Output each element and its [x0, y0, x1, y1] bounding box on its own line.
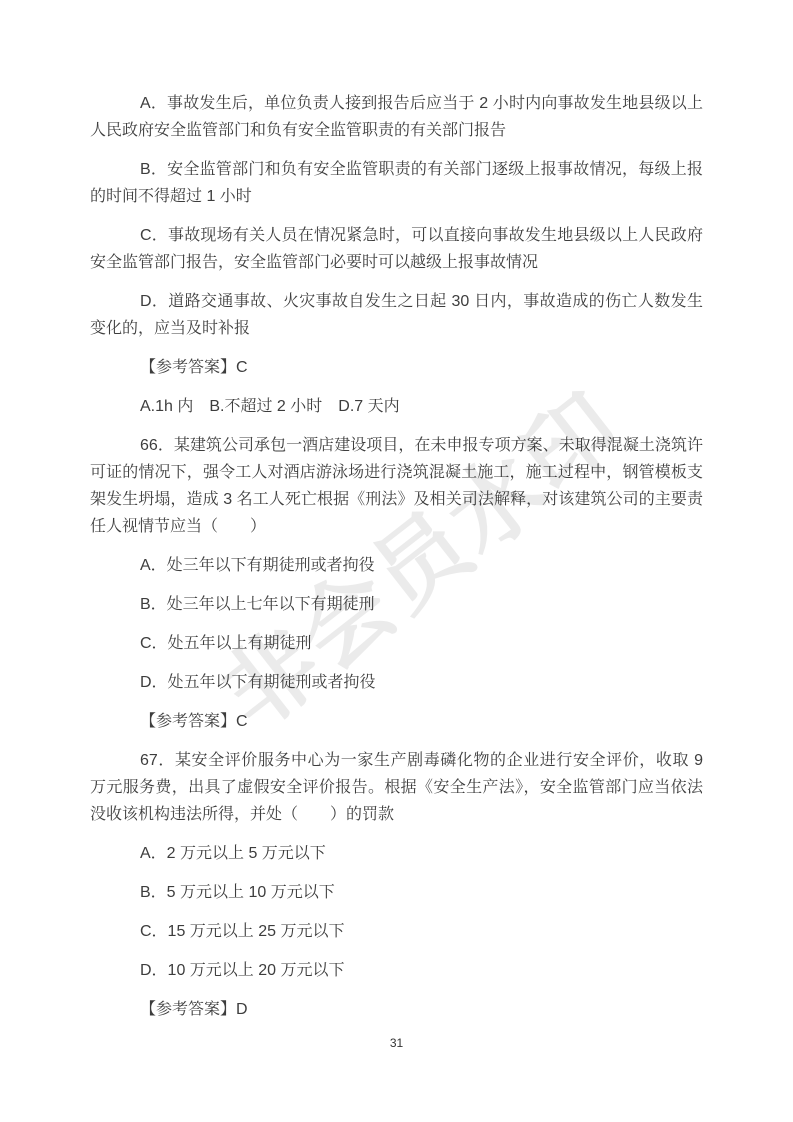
- q67-reference-answer: 【参考答案】D: [90, 996, 703, 1023]
- q67-option-a: A．2 万元以上 5 万元以下: [90, 840, 703, 867]
- q66-option-b: B．处三年以上七年以下有期徒刑: [90, 591, 703, 618]
- q66-option-c: C．处五年以上有期徒刑: [90, 630, 703, 657]
- q66-option-d: D．处五年以下有期徒刑或者拘役: [90, 669, 703, 696]
- q65-reference-answer: 【参考答案】C: [90, 354, 703, 381]
- q65-option-b: B．安全监管部门和负有安全监管职责的有关部门逐级上报事故情况，每级上报的时间不得…: [90, 156, 703, 210]
- page-number: 31: [0, 1036, 793, 1050]
- q65-option-d: D．道路交通事故、火灾事故自发生之日起 30 日内，事故造成的伤亡人数发生变化的…: [90, 288, 703, 342]
- document-page: 非会员水印 A．事故发生后，单位负责人接到报告后应当于 2 小时内向事故发生地县…: [0, 0, 793, 1122]
- q67-option-b: B．5 万元以上 10 万元以下: [90, 879, 703, 906]
- document-body: A．事故发生后，单位负责人接到报告后应当于 2 小时内向事故发生地县级以上人民政…: [0, 0, 793, 1023]
- q65-option-a: A．事故发生后，单位负责人接到报告后应当于 2 小时内向事故发生地县级以上人民政…: [90, 90, 703, 144]
- q67-stem: 67．某安全评价服务中心为一家生产剧毒磷化物的企业进行安全评价，收取 9 万元服…: [90, 747, 703, 828]
- q66-reference-answer: 【参考答案】C: [90, 708, 703, 735]
- q66-stem: 66．某建筑公司承包一酒店建设项目，在未申报专项方案、未取得混凝土浇筑许可证的情…: [90, 432, 703, 540]
- q67-option-c: C．15 万元以上 25 万元以下: [90, 918, 703, 945]
- q65-answer-note: A.1h 内 B.不超过 2 小时 D.7 天内: [90, 393, 703, 420]
- q67-option-d: D．10 万元以上 20 万元以下: [90, 957, 703, 984]
- q65-option-c: C．事故现场有关人员在情况紧急时，可以直接向事故发生地县级以上人民政府安全监管部…: [90, 222, 703, 276]
- q66-option-a: A．处三年以下有期徒刑或者拘役: [90, 552, 703, 579]
